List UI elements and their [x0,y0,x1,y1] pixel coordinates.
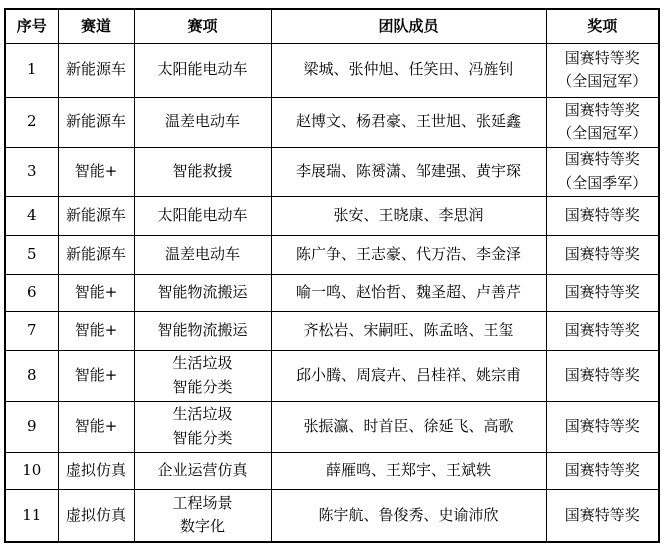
award-cell: 国赛特等奖 （全国冠军） [546,43,659,97]
row-number-cell: 5 [5,235,58,274]
row-number-cell: 3 [5,147,58,196]
table-row: 11 虚拟仿真 工程场景 数字化 陈宇航、鲁俊秀、史谕沛欣 国赛特等奖 [5,489,659,542]
track-cell: 新能源车 [58,43,134,97]
table-row: 8 智能+ 生活垃圾 智能分类 邱小腾、周宸卉、吕桂祥、姚宗甫 国赛特等奖 [5,350,659,401]
header-number: 序号 [5,9,58,43]
members-cell: 赵博文、杨君豪、王世旭、张延鑫 [271,97,546,147]
event-cell: 工程场景 数字化 [134,489,271,542]
header-members: 团队成员 [271,9,546,43]
table-row: 6 智能+ 智能物流搬运 喻一鸣、赵怡哲、魏圣超、卢善芹 国赛特等奖 [5,274,659,311]
event-cell: 生活垃圾 智能分类 [134,350,271,401]
event-cell: 温差电动车 [134,235,271,274]
event-cell: 智能物流搬运 [134,274,271,311]
row-number-cell: 4 [5,196,58,235]
members-cell: 张安、王晓康、李思润 [271,196,546,235]
track-cell: 智能+ [58,147,134,196]
header-track: 赛道 [58,9,134,43]
award-cell: 国赛特等奖 [546,235,659,274]
header-row: 序号 赛道 赛项 团队成员 奖项 [5,9,659,43]
document-page: 序号 赛道 赛项 团队成员 奖项 1 新能源车 太阳能电动车 梁城、张仲旭、任笑… [0,0,663,547]
event-cell: 生活垃圾 智能分类 [134,401,271,452]
award-cell: 国赛特等奖 （全国冠军） [546,97,659,147]
row-number-cell: 6 [5,274,58,311]
event-cell: 太阳能电动车 [134,43,271,97]
track-cell: 新能源车 [58,97,134,147]
award-cell: 国赛特等奖 [546,401,659,452]
members-cell: 喻一鸣、赵怡哲、魏圣超、卢善芹 [271,274,546,311]
event-cell: 智能救援 [134,147,271,196]
award-cell: 国赛特等奖 [546,489,659,542]
row-number-cell: 10 [5,452,58,489]
event-cell: 温差电动车 [134,97,271,147]
award-cell: 国赛特等奖 [546,452,659,489]
members-cell: 邱小腾、周宸卉、吕桂祥、姚宗甫 [271,350,546,401]
track-cell: 新能源车 [58,196,134,235]
track-cell: 虚拟仿真 [58,452,134,489]
table-row: 10 虚拟仿真 企业运营仿真 薛雁鸣、王郑宇、王斌轶 国赛特等奖 [5,452,659,489]
award-cell: 国赛特等奖 （全国季军） [546,147,659,196]
row-number-cell: 2 [5,97,58,147]
members-cell: 李展瑞、陈赟潇、邹建强、黄宇琛 [271,147,546,196]
table-row: 4 新能源车 太阳能电动车 张安、王晓康、李思润 国赛特等奖 [5,196,659,235]
event-cell: 企业运营仿真 [134,452,271,489]
row-number-cell: 1 [5,43,58,97]
track-cell: 智能+ [58,401,134,452]
table-body: 1 新能源车 太阳能电动车 梁城、张仲旭、任笑田、冯旌钊 国赛特等奖 （全国冠军… [5,43,659,542]
row-number-cell: 8 [5,350,58,401]
table-row: 2 新能源车 温差电动车 赵博文、杨君豪、王世旭、张延鑫 国赛特等奖 （全国冠军… [5,97,659,147]
event-cell: 太阳能电动车 [134,196,271,235]
track-cell: 虚拟仿真 [58,489,134,542]
table-row: 3 智能+ 智能救援 李展瑞、陈赟潇、邹建强、黄宇琛 国赛特等奖 （全国季军） [5,147,659,196]
members-cell: 陈宇航、鲁俊秀、史谕沛欣 [271,489,546,542]
award-cell: 国赛特等奖 [546,311,659,350]
award-cell: 国赛特等奖 [546,350,659,401]
members-cell: 薛雁鸣、王郑宇、王斌轶 [271,452,546,489]
row-number-cell: 11 [5,489,58,542]
members-cell: 齐松岩、宋嗣旺、陈孟晗、王玺 [271,311,546,350]
table-row: 9 智能+ 生活垃圾 智能分类 张振瀛、时首臣、徐延飞、高歌 国赛特等奖 [5,401,659,452]
track-cell: 新能源车 [58,235,134,274]
track-cell: 智能+ [58,274,134,311]
members-cell: 张振瀛、时首臣、徐延飞、高歌 [271,401,546,452]
table-header: 序号 赛道 赛项 团队成员 奖项 [5,9,659,43]
members-cell: 梁城、张仲旭、任笑田、冯旌钊 [271,43,546,97]
event-cell: 智能物流搬运 [134,311,271,350]
awards-table: 序号 赛道 赛项 团队成员 奖项 1 新能源车 太阳能电动车 梁城、张仲旭、任笑… [4,8,660,543]
table-row: 1 新能源车 太阳能电动车 梁城、张仲旭、任笑田、冯旌钊 国赛特等奖 （全国冠军… [5,43,659,97]
members-cell: 陈广争、王志豪、代万浩、李金泽 [271,235,546,274]
track-cell: 智能+ [58,350,134,401]
row-number-cell: 9 [5,401,58,452]
track-cell: 智能+ [58,311,134,350]
table-row: 5 新能源车 温差电动车 陈广争、王志豪、代万浩、李金泽 国赛特等奖 [5,235,659,274]
row-number-cell: 7 [5,311,58,350]
header-award: 奖项 [546,9,659,43]
award-cell: 国赛特等奖 [546,274,659,311]
award-cell: 国赛特等奖 [546,196,659,235]
header-event: 赛项 [134,9,271,43]
table-row: 7 智能+ 智能物流搬运 齐松岩、宋嗣旺、陈孟晗、王玺 国赛特等奖 [5,311,659,350]
